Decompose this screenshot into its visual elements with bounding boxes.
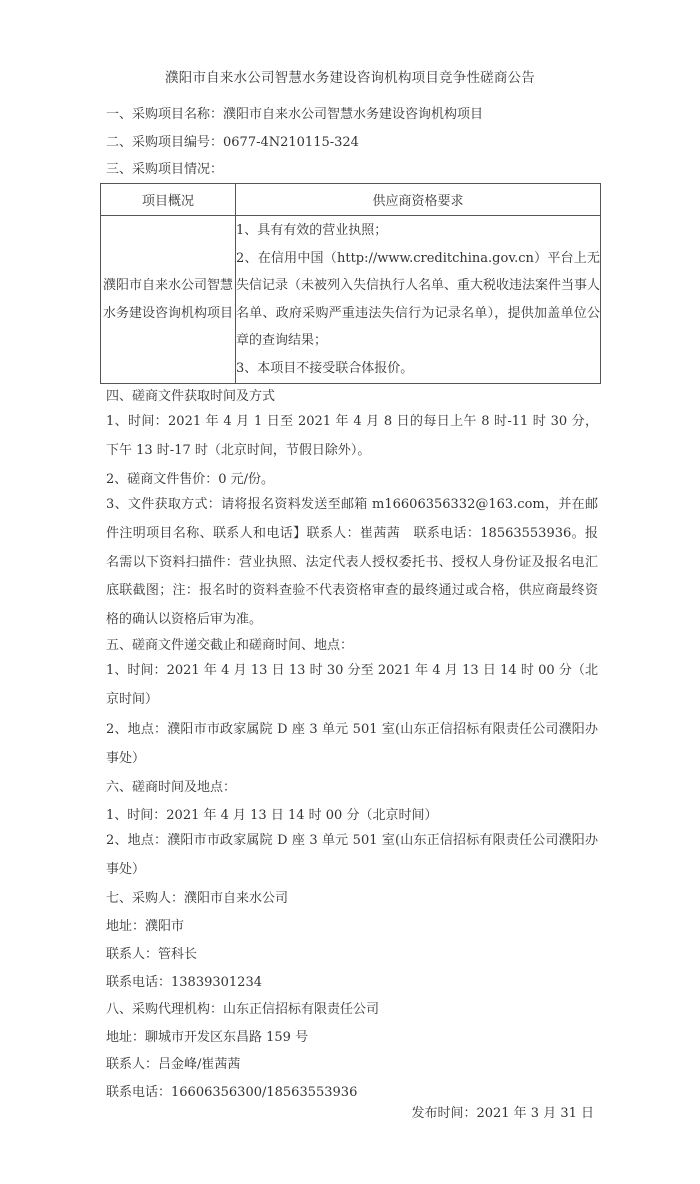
section5-item-location: 2、地点：濮阳市市政家属院 D 座 3 单元 501 室(山东正信招标有限责任公… (106, 716, 598, 774)
project-name: 一、采购项目名称：濮阳市自来水公司智慧水务建设咨询机构项目 (106, 106, 596, 124)
section4-item-time: 1、时间：2021 年 4 月 1 日至 2021 年 4 月 8 日的每日上午… (106, 408, 598, 466)
table-header-requirements: 供应商资格要求 (236, 184, 601, 216)
agency-address: 地址：聊城市开发区东昌路 159 号 (106, 1029, 596, 1047)
agency-contact: 联系人：吕金峰/崔茜茜 (106, 1056, 596, 1074)
section4-item-method: 3、文件获取方式：请将报名资料发送至邮箱 m16606356332@163.co… (106, 491, 598, 635)
document-page: 濮阳市自来水公司智慧水务建设咨询机构项目竞争性磋商公告 一、采购项目名称：濮阳市… (0, 0, 700, 1184)
publish-date: 发布时间：2021 年 3 月 31 日 (411, 1102, 594, 1121)
section5-heading: 五、磋商文件递交截止和磋商时间、地点： (106, 637, 596, 655)
agency-heading: 八、采购代理机构：山东正信招标有限责任公司 (106, 1001, 596, 1019)
section4-heading: 四、磋商文件获取时间及方式 (106, 388, 596, 406)
purchaser-contact: 联系人：管科长 (106, 946, 596, 964)
document-title: 濮阳市自来水公司智慧水务建设咨询机构项目竞争性磋商公告 (0, 66, 700, 86)
requirements-table: 项目概况 供应商资格要求 濮阳市自来水公司智慧水务建设咨询机构项目 1、具有有效… (100, 183, 601, 384)
requirement-item: 3、本项目不接受联合体报价。 (236, 355, 600, 383)
supplier-requirements-cell: 1、具有有效的营业执照； 2、在信用中国（http://www.creditch… (236, 216, 601, 384)
table-row: 濮阳市自来水公司智慧水务建设咨询机构项目 1、具有有效的营业执照； 2、在信用中… (101, 216, 601, 384)
section5-item-time: 1、时间：2021 年 4 月 13 日 13 时 30 分至 2021 年 4… (106, 657, 598, 715)
section6-heading: 六、磋商时间及地点： (106, 779, 596, 797)
project-number: 二、采购项目编号：0677-4N210115-324 (106, 134, 596, 152)
purchaser-address: 地址：濮阳市 (106, 918, 596, 936)
table-header-row: 项目概况 供应商资格要求 (101, 184, 601, 216)
requirement-item: 2、在信用中国（http://www.creditchina.gov.cn）平台… (236, 245, 600, 355)
project-situation-heading: 三、采购项目情况： (106, 161, 596, 179)
section6-item-location: 2、地点：濮阳市市政家属院 D 座 3 单元 501 室(山东正信招标有限责任公… (106, 827, 598, 885)
purchaser-heading: 七、采购人：濮阳市自来水公司 (106, 890, 596, 908)
requirement-item: 1、具有有效的营业执照； (236, 217, 600, 245)
table-header-overview: 项目概况 (101, 184, 236, 216)
project-overview-cell: 濮阳市自来水公司智慧水务建设咨询机构项目 (101, 216, 236, 384)
agency-phone: 联系电话：16606356300/18563553936 (106, 1084, 596, 1102)
purchaser-phone: 联系电话：13839301234 (106, 974, 596, 992)
section4-item-price: 2、磋商文件售价：0 元/份。 (106, 471, 596, 489)
section6-item-time: 1、时间：2021 年 4 月 13 日 14 时 00 分（北京时间） (106, 807, 596, 825)
